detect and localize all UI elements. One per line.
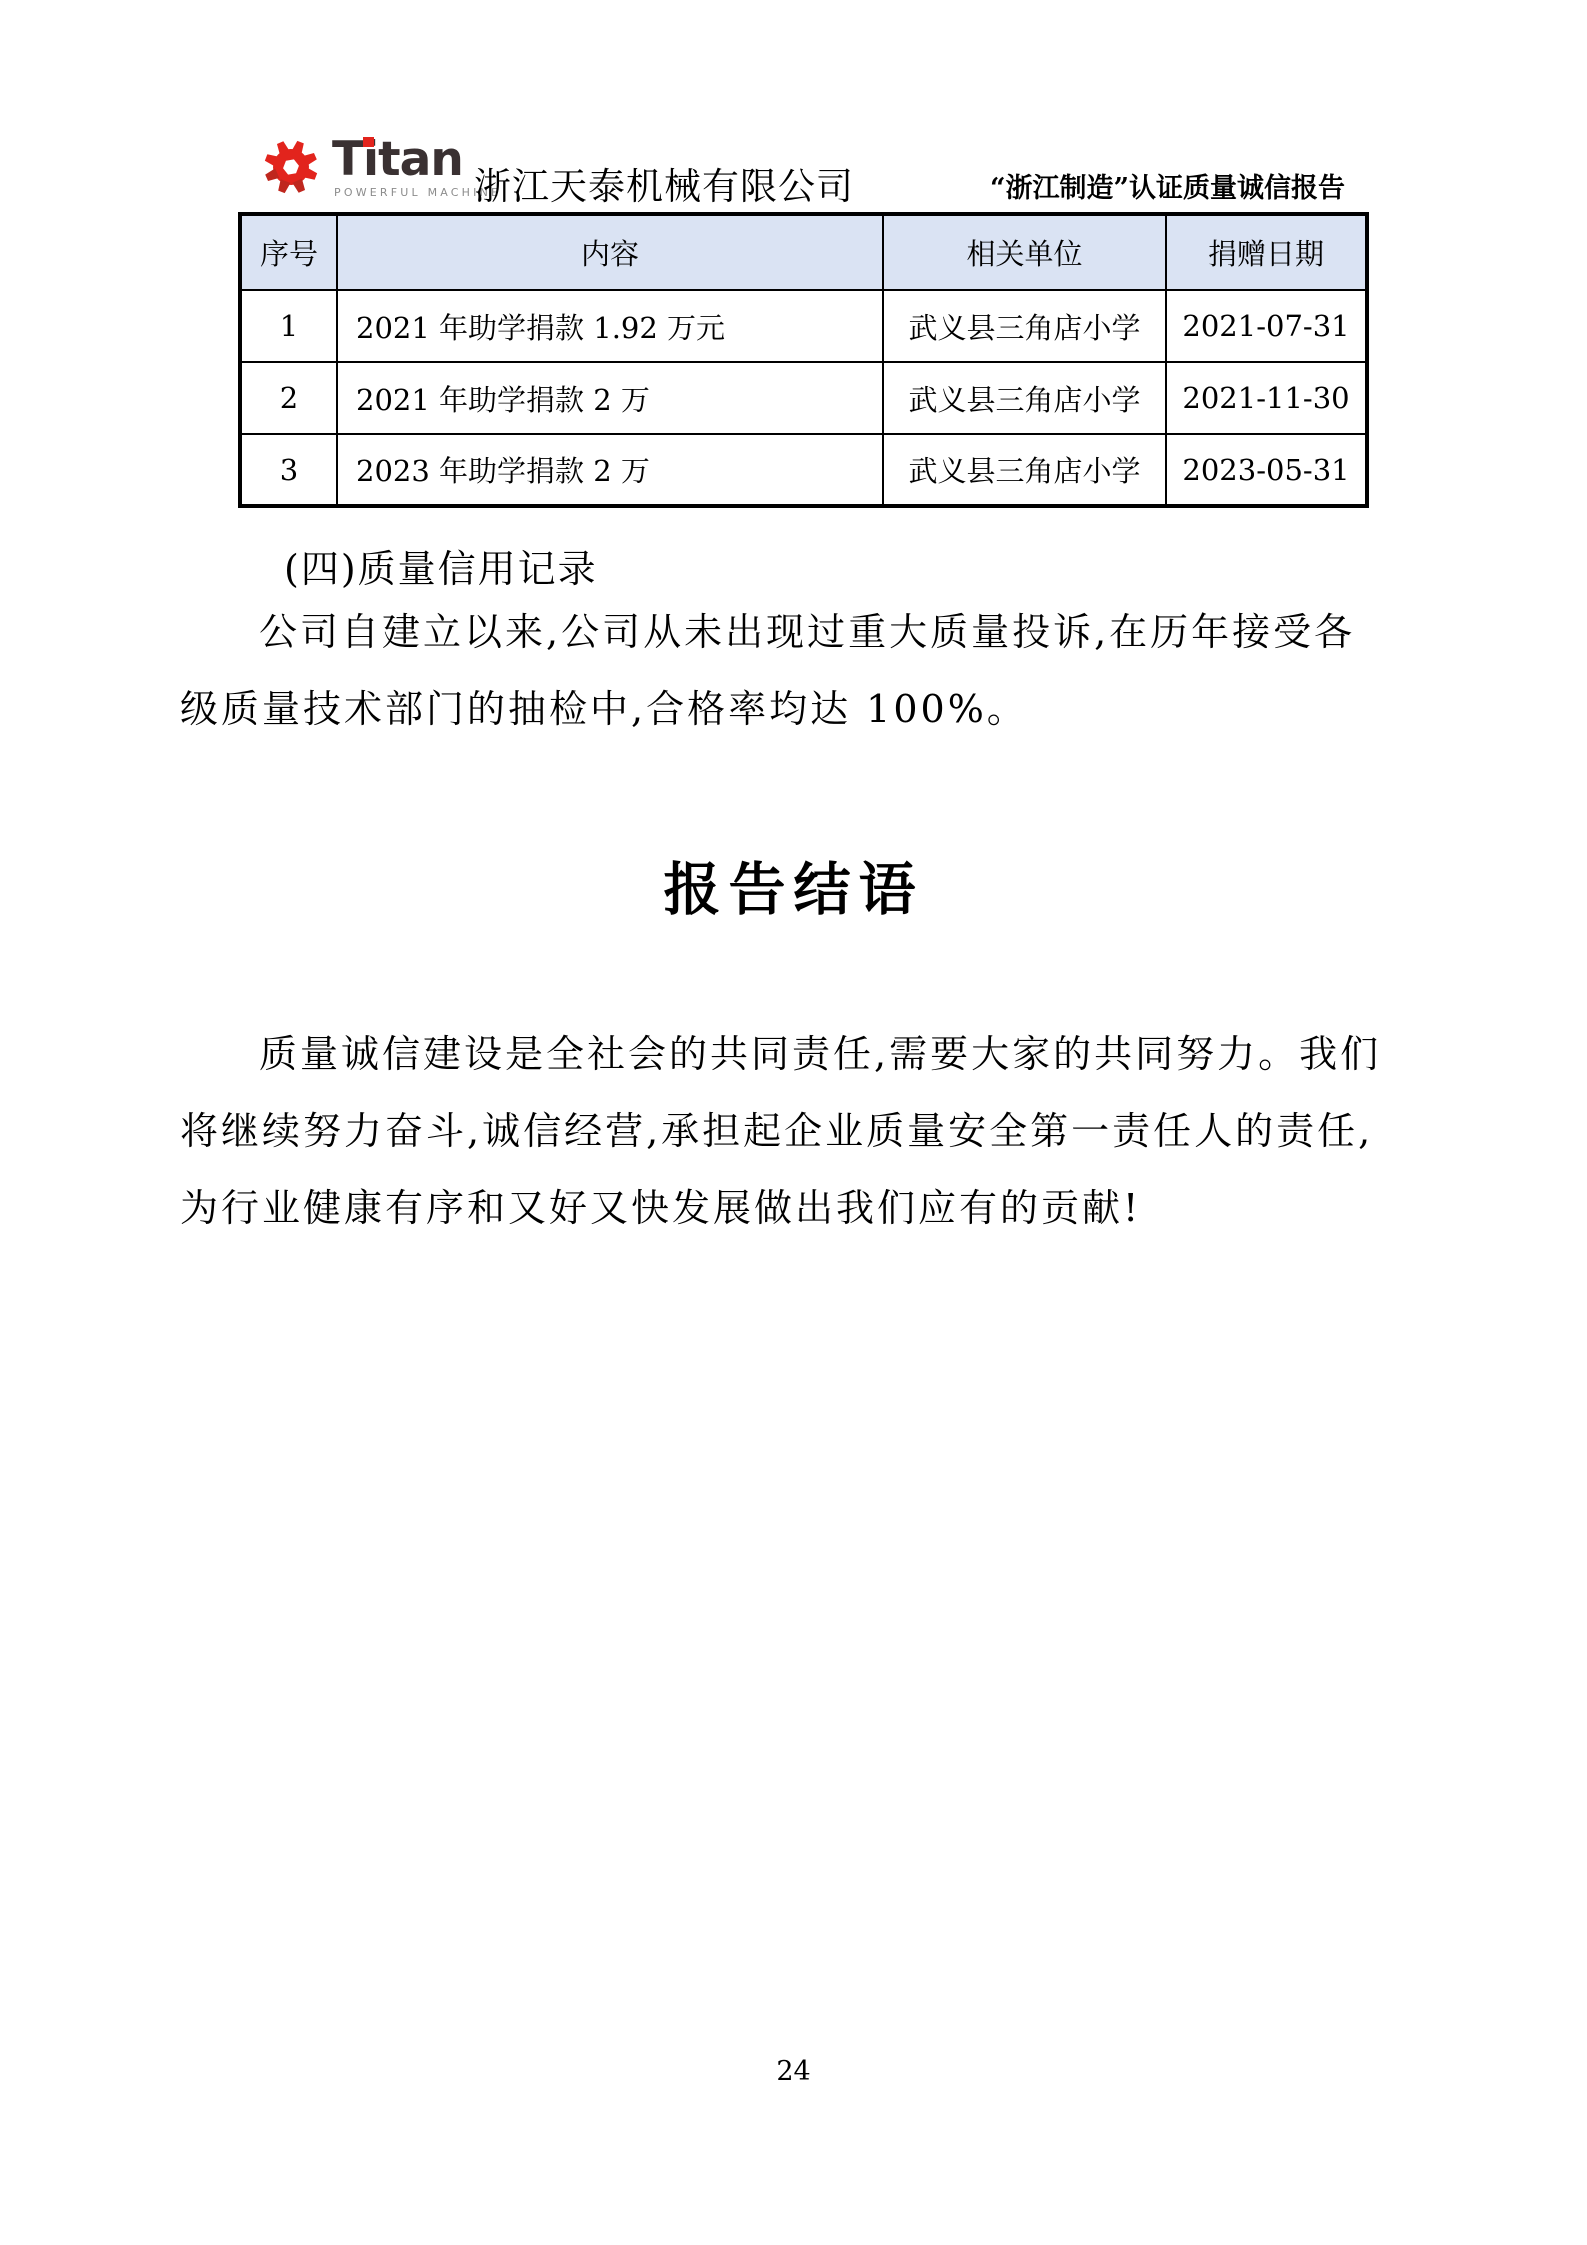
- company-name: 浙江天泰机械有限公司: [474, 156, 854, 210]
- report-title: “浙江制造”认证质量诚信报告: [990, 166, 1345, 205]
- cell-related-unit: 武义县三角店小学: [883, 434, 1166, 506]
- column-header-index: 序号: [240, 214, 337, 290]
- cell-related-unit: 武义县三角店小学: [883, 362, 1166, 434]
- paragraph-line: 为行业健康有序和又好又快发展做出我们应有的贡献!: [180, 1170, 1420, 1247]
- cell-donation-date: 2021-07-31: [1166, 290, 1367, 362]
- conclusion-title: 报告结语: [0, 844, 1587, 926]
- cell-related-unit: 武义县三角店小学: [883, 290, 1166, 362]
- column-header-donation-date: 捐赠日期: [1166, 214, 1367, 290]
- cell-donation-date: 2021-11-30: [1166, 362, 1367, 434]
- logo-i-dot: [363, 137, 374, 147]
- paragraph-line: 质量诚信建设是全社会的共同责任,需要大家的共同努力。我们: [180, 1016, 1420, 1093]
- gear-icon: [262, 136, 320, 198]
- cell-index: 1: [240, 290, 337, 362]
- table-row: 1 2021 年助学捐款 1.92 万元 武义县三角店小学 2021-07-31: [240, 290, 1367, 362]
- page-number: 24: [0, 2056, 1587, 2087]
- cell-index: 2: [240, 362, 337, 434]
- quality-credit-paragraph: 公司自建立以来,公司从未出现过重大质量投诉,在历年接受各 级质量技术部门的抽检中…: [180, 594, 1420, 748]
- paragraph-line: 级质量技术部门的抽检中,合格率均达 100%。: [180, 671, 1420, 748]
- cell-content: 2021 年助学捐款 1.92 万元: [337, 290, 883, 362]
- table-row: 3 2023 年助学捐款 2 万 武义县三角店小学 2023-05-31: [240, 434, 1367, 506]
- section-heading-quality-credit: (四)质量信用记录: [284, 538, 598, 593]
- table-row: 2 2021 年助学捐款 2 万 武义县三角店小学 2021-11-30: [240, 362, 1367, 434]
- document-page: Titan POWERFUL MACHINE 浙江天泰机械有限公司 “浙江制造”…: [0, 0, 1587, 2245]
- column-header-related-unit: 相关单位: [883, 214, 1166, 290]
- column-header-content: 内容: [337, 214, 883, 290]
- paragraph-line: 公司自建立以来,公司从未出现过重大质量投诉,在历年接受各: [180, 594, 1420, 671]
- conclusion-paragraph: 质量诚信建设是全社会的共同责任,需要大家的共同努力。我们 将继续努力奋斗,诚信经…: [180, 1016, 1420, 1247]
- donation-table: 序号 内容 相关单位 捐赠日期 1 2021 年助学捐款 1.92 万元 武义县…: [238, 212, 1369, 508]
- company-logo: Titan POWERFUL MACHINE: [262, 136, 501, 199]
- table-header-row: 序号 内容 相关单位 捐赠日期: [240, 214, 1367, 290]
- cell-donation-date: 2023-05-31: [1166, 434, 1367, 506]
- cell-index: 3: [240, 434, 337, 506]
- cell-content: 2021 年助学捐款 2 万: [337, 362, 883, 434]
- cell-content: 2023 年助学捐款 2 万: [337, 434, 883, 506]
- paragraph-line: 将继续努力奋斗,诚信经营,承担起企业质量安全第一责任人的责任,: [180, 1093, 1420, 1170]
